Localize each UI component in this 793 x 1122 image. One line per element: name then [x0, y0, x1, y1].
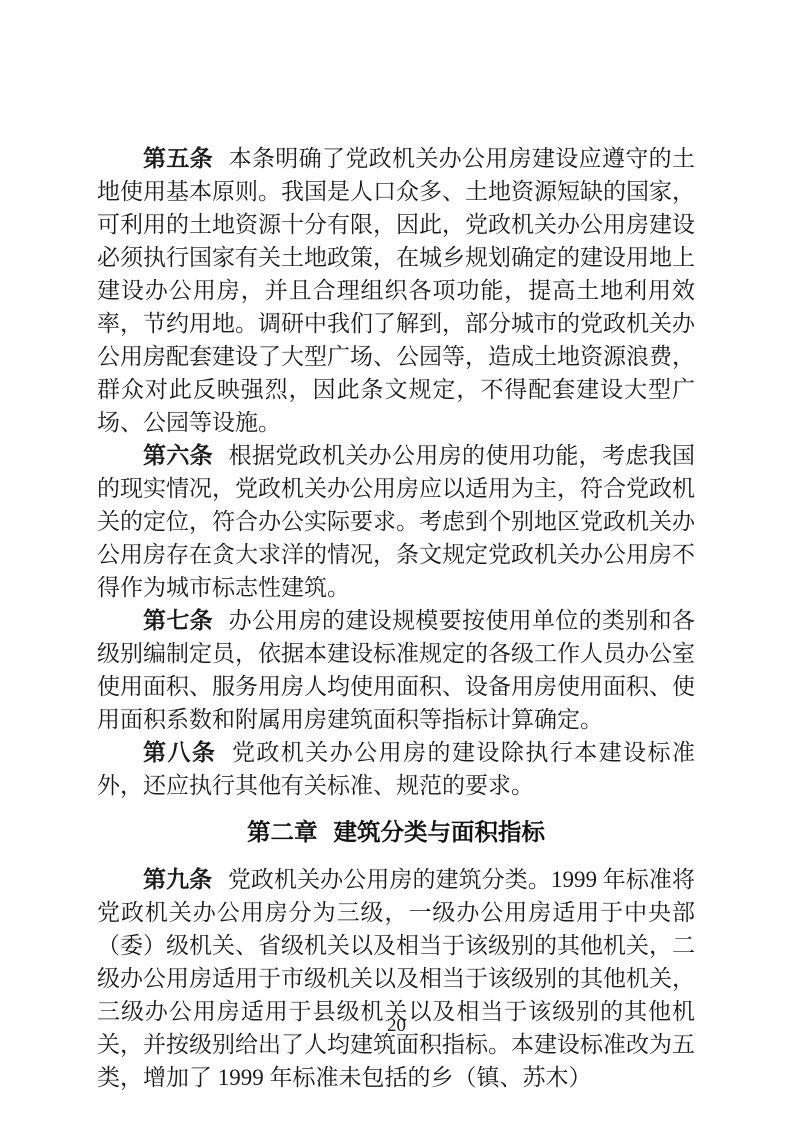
clause-paragraph: 第九条党政机关办公用房的建筑分类。1999 年标准将党政机关办公用房分为三级，一…	[97, 863, 695, 1094]
clause-paragraph: 第八条党政机关办公用房的建设除执行本建设标准外，还应执行其他有关标准、规范的要求…	[97, 736, 695, 802]
clause-text: 本条明确了党政机关办公用房建设应遵守的土地使用基本原则。我国是人口众多、土地资源…	[97, 146, 695, 435]
clause-number: 第八条	[143, 739, 216, 765]
clause-paragraph: 第六条根据党政机关办公用房的使用功能，考虑我国的现实情况，党政机关办公用房应以适…	[97, 439, 695, 604]
chapter-title: 建筑分类与面积指标	[333, 819, 545, 845]
clause-number: 第七条	[143, 607, 213, 633]
clause-number: 第九条	[143, 866, 212, 892]
page-number: 20	[0, 1013, 793, 1039]
clause-number: 第六条	[143, 442, 213, 468]
clause-paragraph: 第五条本条明确了党政机关办公用房建设应遵守的土地使用基本原则。我国是人口众多、土…	[97, 142, 695, 439]
chapter-number: 第二章	[247, 819, 318, 845]
document-body: 第五条本条明确了党政机关办公用房建设应遵守的土地使用基本原则。我国是人口众多、土…	[97, 142, 695, 1094]
document-page: 第五条本条明确了党政机关办公用房建设应遵守的土地使用基本原则。我国是人口众多、土…	[0, 0, 793, 1122]
clause-number: 第五条	[143, 145, 213, 171]
chapter-heading: 第二章建筑分类与面积指标	[97, 816, 695, 849]
clause-paragraph: 第七条办公用房的建设规模要按使用单位的类别和各级别编制定员，依据本建设标准规定的…	[97, 604, 695, 736]
clause-text: 党政机关办公用房的建筑分类。1999 年标准将党政机关办公用房分为三级，一级办公…	[97, 867, 695, 1090]
